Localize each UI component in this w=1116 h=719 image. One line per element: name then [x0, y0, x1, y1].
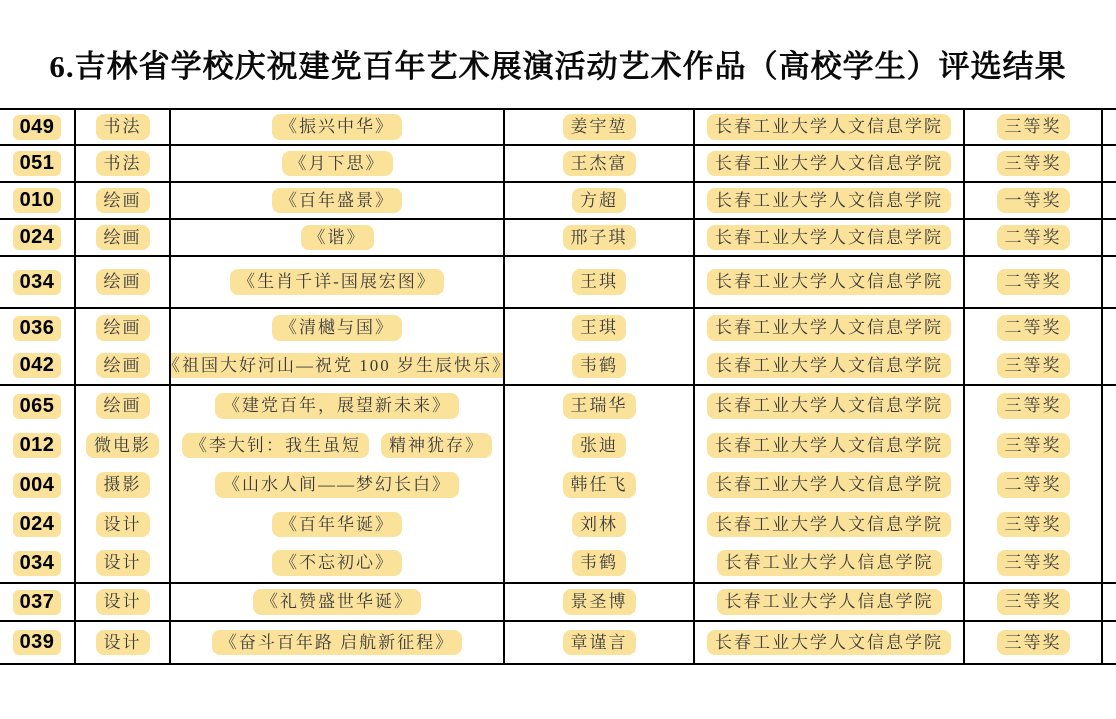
- highlight-pill: 章谨言: [563, 630, 636, 655]
- entry-number: 034: [0, 544, 76, 582]
- highlight-pill: 一等奖: [997, 188, 1070, 213]
- highlight-pill: 设计: [96, 589, 150, 614]
- highlight-pill: 张迪: [572, 433, 626, 458]
- entry-category: 微电影: [76, 426, 171, 465]
- highlight-pill: 036: [13, 316, 62, 341]
- table-row: 024绘画《谐》邢子琪长春工业大学人文信息学院二等奖: [0, 220, 1116, 257]
- entry-category: 书法: [76, 146, 171, 181]
- highlight-pill: 三等奖: [997, 589, 1070, 614]
- highlight-pill: 《月下思》: [282, 151, 393, 176]
- highlight-pill: 绘画: [96, 353, 150, 378]
- highlight-pill: 绘画: [96, 315, 150, 340]
- highlight-pill: 三等奖: [997, 393, 1070, 418]
- highlight-pill: 王琪: [572, 315, 626, 340]
- entry-school: 长春工业大学人文信息学院: [695, 146, 965, 181]
- highlight-pill: 王杰富: [563, 151, 636, 176]
- highlight-pill: 《奋斗百年路 启航新征程》: [212, 630, 462, 655]
- table-edge-overhang: [1103, 183, 1116, 218]
- highlight-pill: 二等奖: [997, 225, 1070, 250]
- highlight-pill: 《祖国大好河山—祝党 100 岁生辰快乐》: [171, 353, 505, 378]
- entry-author: 章谨言: [505, 622, 695, 663]
- entry-work-title: 《谐》: [171, 220, 505, 255]
- table-edge-overhang: [1103, 257, 1116, 307]
- table-row: 034设计《不忘初心》韦鹤长春工业大学人信息学院三等奖: [0, 544, 1116, 584]
- title-band: 6.吉林省学校庆祝建党百年艺术展演活动艺术作品（高校学生）评选结果: [0, 0, 1116, 108]
- table-row: 010绘画《百年盛景》方超长春工业大学人文信息学院一等奖: [0, 183, 1116, 220]
- entry-award: 三等奖: [965, 146, 1103, 181]
- entry-number: 036: [0, 309, 76, 347]
- entry-number: 034: [0, 257, 76, 307]
- entry-award: 三等奖: [965, 386, 1103, 426]
- entry-category: 绘画: [76, 257, 171, 307]
- entry-award: 三等奖: [965, 347, 1103, 384]
- entry-number: 024: [0, 220, 76, 255]
- entry-author: 王琪: [505, 309, 695, 347]
- highlight-pill: 长春工业大学人文信息学院: [707, 188, 951, 213]
- entry-work-title: 《百年华诞》: [171, 505, 505, 544]
- highlight-pill: 三等奖: [997, 433, 1070, 458]
- table-edge-overhang: [1103, 465, 1116, 505]
- entry-category: 绘画: [76, 220, 171, 255]
- entry-school: 长春工业大学人文信息学院: [695, 183, 965, 218]
- entry-award: 二等奖: [965, 309, 1103, 347]
- table-row: 049书法《振兴中华》姜宇堃长春工业大学人文信息学院三等奖: [0, 110, 1116, 146]
- entry-author: 韩任飞: [505, 465, 695, 505]
- highlight-pill: 024: [13, 225, 62, 250]
- entry-number: 049: [0, 110, 76, 144]
- highlight-pill: 065: [13, 394, 62, 419]
- table-edge-overhang: [1103, 146, 1116, 181]
- entry-work-title: 《不忘初心》: [171, 544, 505, 582]
- entry-school: 长春工业大学人信息学院: [695, 544, 965, 582]
- entry-award: 三等奖: [965, 426, 1103, 465]
- highlight-pill: 长春工业大学人文信息学院: [707, 114, 951, 139]
- highlight-pill: 长春工业大学人信息学院: [717, 589, 942, 614]
- highlight-pill: 长春工业大学人文信息学院: [707, 630, 951, 655]
- highlight-pill: 三等奖: [997, 114, 1070, 139]
- entry-work-title: 《百年盛景》: [171, 183, 505, 218]
- highlight-pill: 《百年盛景》: [272, 188, 402, 213]
- table-edge-overhang: [1103, 505, 1116, 544]
- highlight-pill: 034: [13, 551, 62, 576]
- table-row: 004摄影《山水人间——梦幻长白》韩任飞长春工业大学人文信息学院二等奖: [0, 465, 1116, 505]
- table-row: 042绘画《祖国大好河山—祝党 100 岁生辰快乐》韦鹤长春工业大学人文信息学院…: [0, 347, 1116, 386]
- table-row: 036绘画《清樾与国》王琪长春工业大学人文信息学院二等奖: [0, 309, 1116, 347]
- highlight-pill: 《谐》: [301, 225, 374, 250]
- highlight-pill: 精神犹存》: [381, 433, 492, 458]
- entry-category: 摄影: [76, 465, 171, 505]
- highlight-pill: 《百年华诞》: [272, 512, 402, 537]
- highlight-pill: 邢子琪: [563, 225, 636, 250]
- entry-number: 024: [0, 505, 76, 544]
- entry-school: 长春工业大学人文信息学院: [695, 220, 965, 255]
- highlight-pill: 042: [13, 353, 62, 378]
- highlight-pill: 二等奖: [997, 472, 1070, 497]
- highlight-pill: 三等奖: [997, 630, 1070, 655]
- entry-work-title: 《奋斗百年路 启航新征程》: [171, 622, 505, 663]
- entry-number: 012: [0, 426, 76, 465]
- entry-award: 一等奖: [965, 183, 1103, 218]
- highlight-pill: 049: [13, 115, 62, 140]
- highlight-pill: 摄影: [96, 472, 150, 497]
- highlight-pill: 三等奖: [997, 512, 1070, 537]
- table-edge-overhang: [1103, 426, 1116, 465]
- highlight-pill: 037: [13, 590, 62, 615]
- table-edge-overhang: [1103, 309, 1116, 347]
- highlight-pill: 书法: [96, 114, 150, 139]
- table-row: 034绘画《生肖千详-国展宏图》王琪长春工业大学人文信息学院二等奖: [0, 257, 1116, 309]
- entry-work-title: 《山水人间——梦幻长白》: [171, 465, 505, 505]
- entry-author: 姜宇堃: [505, 110, 695, 144]
- highlight-pill: 三等奖: [997, 550, 1070, 575]
- highlight-pill: 《生肖千详-国展宏图》: [230, 269, 444, 294]
- highlight-pill: 景圣博: [563, 589, 636, 614]
- highlight-pill: 长春工业大学人文信息学院: [707, 225, 951, 250]
- entry-school: 长春工业大学人文信息学院: [695, 505, 965, 544]
- entry-school: 长春工业大学人文信息学院: [695, 347, 965, 384]
- entry-number: 039: [0, 622, 76, 663]
- entry-author: 王琪: [505, 257, 695, 307]
- entry-work-title: 《振兴中华》: [171, 110, 505, 144]
- entry-author: 景圣博: [505, 584, 695, 620]
- table-edge-overhang: [1103, 544, 1116, 582]
- table-row: 012微电影《李大钊：我生虽短精神犹存》张迪长春工业大学人文信息学院三等奖: [0, 426, 1116, 465]
- table-edge-overhang: [1103, 347, 1116, 384]
- entry-school: 长春工业大学人文信息学院: [695, 386, 965, 426]
- highlight-pill: 书法: [96, 151, 150, 176]
- highlight-pill: 长春工业大学人文信息学院: [707, 512, 951, 537]
- entry-author: 方超: [505, 183, 695, 218]
- highlight-pill: 长春工业大学人文信息学院: [707, 151, 951, 176]
- entry-number: 010: [0, 183, 76, 218]
- entry-school: 长春工业大学人文信息学院: [695, 465, 965, 505]
- highlight-pill: 长春工业大学人信息学院: [717, 550, 942, 575]
- entry-school: 长春工业大学人文信息学院: [695, 110, 965, 144]
- table-edge-overhang: [1103, 110, 1116, 144]
- entry-school: 长春工业大学人文信息学院: [695, 309, 965, 347]
- highlight-pill: 韦鹤: [572, 353, 626, 378]
- table-row: 039设计《奋斗百年路 启航新征程》章谨言长春工业大学人文信息学院三等奖: [0, 622, 1116, 665]
- entry-category: 书法: [76, 110, 171, 144]
- entry-award: 三等奖: [965, 544, 1103, 582]
- highlight-pill: 《礼赞盛世华诞》: [253, 589, 421, 614]
- entry-award: 三等奖: [965, 622, 1103, 663]
- page-title: 6.吉林省学校庆祝建党百年艺术展演活动艺术作品（高校学生）评选结果: [49, 41, 1066, 86]
- results-table: 049书法《振兴中华》姜宇堃长春工业大学人文信息学院三等奖051书法《月下思》王…: [0, 108, 1116, 665]
- entry-award: 二等奖: [965, 465, 1103, 505]
- table-edge-overhang: [1103, 622, 1116, 663]
- highlight-pill: 长春工业大学人文信息学院: [707, 472, 951, 497]
- table-row: 051书法《月下思》王杰富长春工业大学人文信息学院三等奖: [0, 146, 1116, 183]
- entry-award: 三等奖: [965, 505, 1103, 544]
- highlight-pill: 姜宇堃: [563, 114, 636, 139]
- entry-author: 王杰富: [505, 146, 695, 181]
- entry-work-title: 《清樾与国》: [171, 309, 505, 347]
- entry-category: 绘画: [76, 309, 171, 347]
- highlight-pill: 《山水人间——梦幻长白》: [215, 472, 459, 497]
- highlight-pill: 微电影: [86, 433, 159, 458]
- entry-number: 065: [0, 386, 76, 426]
- entry-author: 邢子琪: [505, 220, 695, 255]
- entry-work-title: 《生肖千详-国展宏图》: [171, 257, 505, 307]
- entry-category: 设计: [76, 544, 171, 582]
- highlight-pill: 长春工业大学人文信息学院: [707, 269, 951, 294]
- highlight-pill: 034: [13, 270, 62, 295]
- highlight-pill: 二等奖: [997, 315, 1070, 340]
- entry-category: 设计: [76, 505, 171, 544]
- entry-category: 设计: [76, 584, 171, 620]
- highlight-pill: 长春工业大学人文信息学院: [707, 353, 951, 378]
- entry-number: 004: [0, 465, 76, 505]
- entry-work-title: 《礼赞盛世华诞》: [171, 584, 505, 620]
- highlight-pill: 《振兴中华》: [272, 114, 402, 139]
- highlight-pill: 长春工业大学人文信息学院: [707, 393, 951, 418]
- highlight-pill: 《建党百年，展望新未来》: [215, 393, 459, 418]
- entry-number: 051: [0, 146, 76, 181]
- highlight-pill: 方超: [572, 188, 626, 213]
- entry-work-title: 《祖国大好河山—祝党 100 岁生辰快乐》: [171, 347, 505, 384]
- entry-number: 042: [0, 347, 76, 384]
- entry-author: 刘林: [505, 505, 695, 544]
- entry-work-title: 《李大钊：我生虽短精神犹存》: [171, 426, 505, 465]
- entry-school: 长春工业大学人文信息学院: [695, 257, 965, 307]
- highlight-pill: 二等奖: [997, 269, 1070, 294]
- entry-award: 二等奖: [965, 257, 1103, 307]
- highlight-pill: 王琪: [572, 269, 626, 294]
- entry-award: 三等奖: [965, 584, 1103, 620]
- highlight-pill: 《清樾与国》: [272, 315, 402, 340]
- highlight-pill: 刘林: [572, 512, 626, 537]
- table-row: 037设计《礼赞盛世华诞》景圣博长春工业大学人信息学院三等奖: [0, 584, 1116, 622]
- entry-award: 三等奖: [965, 110, 1103, 144]
- highlight-pill: 三等奖: [997, 353, 1070, 378]
- highlight-pill: 039: [13, 630, 62, 655]
- table-edge-overhang: [1103, 386, 1116, 426]
- table-row: 024设计《百年华诞》刘林长春工业大学人文信息学院三等奖: [0, 505, 1116, 544]
- highlight-pill: 韦鹤: [572, 550, 626, 575]
- highlight-pill: 绘画: [96, 225, 150, 250]
- entry-school: 长春工业大学人信息学院: [695, 584, 965, 620]
- table-edge-overhang: [1103, 584, 1116, 620]
- highlight-pill: 设计: [96, 630, 150, 655]
- highlight-pill: 设计: [96, 512, 150, 537]
- highlight-pill: 绘画: [96, 188, 150, 213]
- highlight-pill: 王瑞华: [563, 393, 636, 418]
- entry-category: 绘画: [76, 347, 171, 384]
- entry-category: 设计: [76, 622, 171, 663]
- highlight-pill: 010: [13, 188, 62, 213]
- page: 6.吉林省学校庆祝建党百年艺术展演活动艺术作品（高校学生）评选结果 049书法《…: [0, 0, 1116, 719]
- entry-number: 037: [0, 584, 76, 620]
- entry-award: 二等奖: [965, 220, 1103, 255]
- highlight-pill: 设计: [96, 550, 150, 575]
- highlight-pill: 《李大钊：我生虽短: [182, 433, 369, 458]
- highlight-pill: 长春工业大学人文信息学院: [707, 315, 951, 340]
- highlight-pill: 三等奖: [997, 151, 1070, 176]
- highlight-pill: 韩任飞: [563, 472, 636, 497]
- entry-school: 长春工业大学人文信息学院: [695, 622, 965, 663]
- entry-author: 张迪: [505, 426, 695, 465]
- entry-author: 韦鹤: [505, 347, 695, 384]
- table-edge-overhang: [1103, 220, 1116, 255]
- entry-author: 韦鹤: [505, 544, 695, 582]
- highlight-pill: 051: [13, 151, 62, 176]
- entry-category: 绘画: [76, 386, 171, 426]
- entry-work-title: 《月下思》: [171, 146, 505, 181]
- entry-category: 绘画: [76, 183, 171, 218]
- entry-work-title: 《建党百年，展望新未来》: [171, 386, 505, 426]
- highlight-pill: 《不忘初心》: [272, 550, 402, 575]
- entry-author: 王瑞华: [505, 386, 695, 426]
- highlight-pill: 024: [13, 512, 62, 537]
- entry-school: 长春工业大学人文信息学院: [695, 426, 965, 465]
- highlight-pill: 004: [13, 473, 62, 498]
- highlight-pill: 绘画: [96, 393, 150, 418]
- highlight-pill: 绘画: [96, 269, 150, 294]
- highlight-pill: 长春工业大学人文信息学院: [707, 433, 951, 458]
- table-row: 065绘画《建党百年，展望新未来》王瑞华长春工业大学人文信息学院三等奖: [0, 386, 1116, 426]
- highlight-pill: 012: [13, 433, 62, 458]
